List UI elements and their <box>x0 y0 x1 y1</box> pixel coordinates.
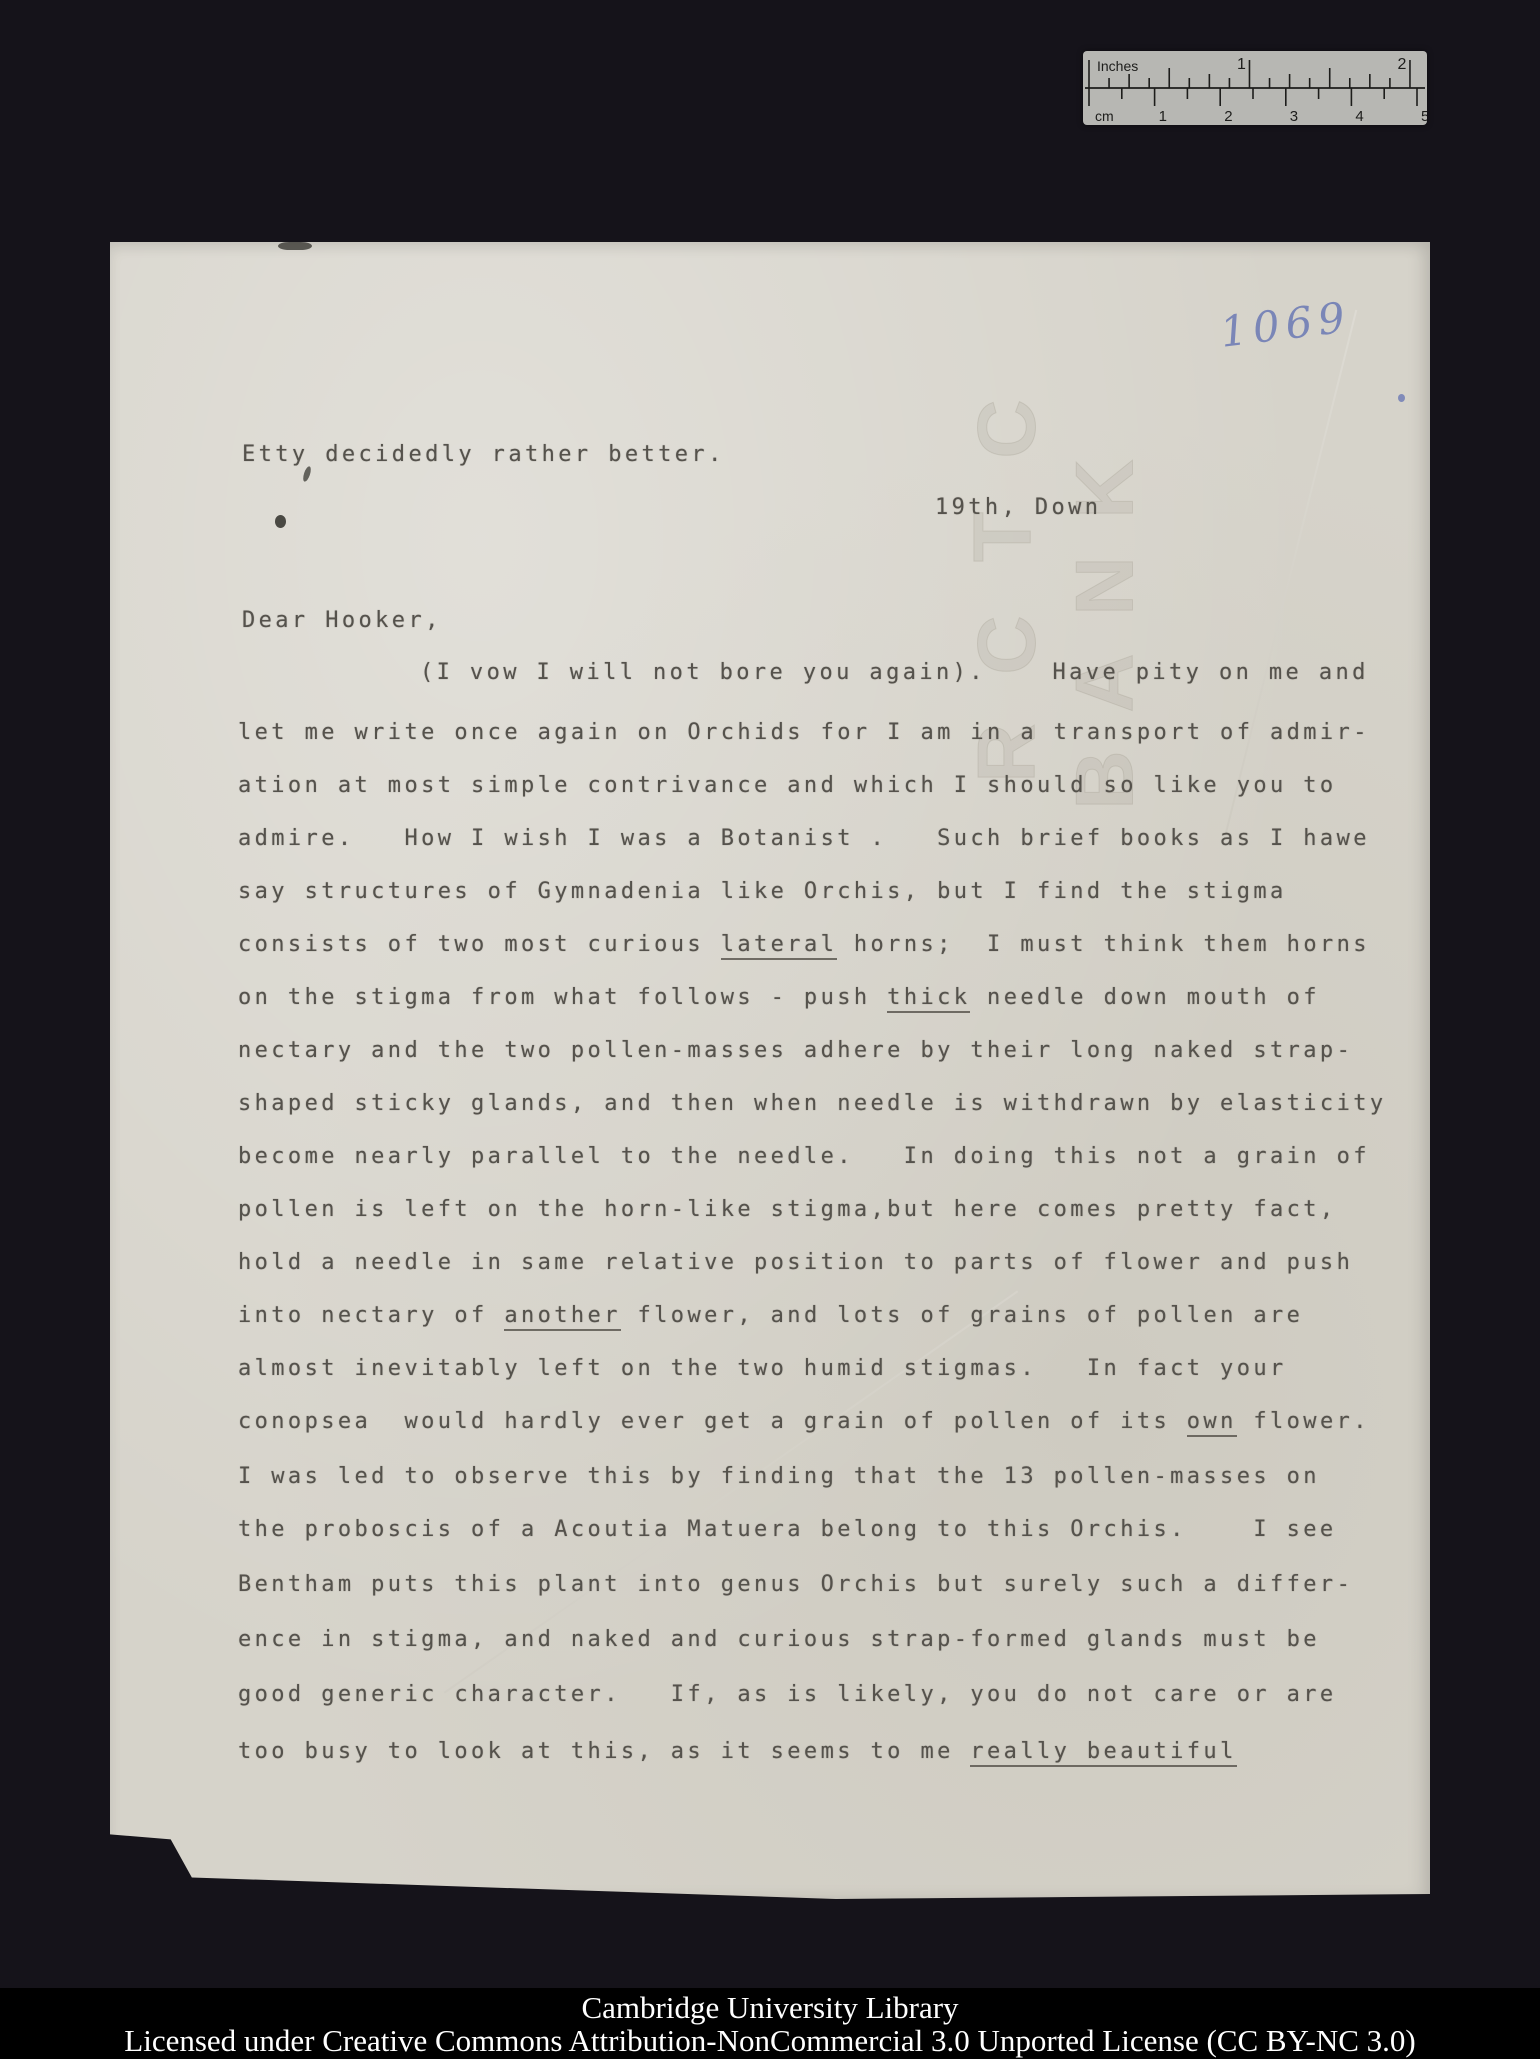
svg-text:2: 2 <box>1224 108 1232 125</box>
underlined-text: own <box>1187 1409 1237 1437</box>
letter-line: say structures of Gymnadenia like Orchis… <box>238 879 1287 904</box>
svg-text:4: 4 <box>1355 108 1363 125</box>
letter-line: conopsea would hardly ever get a grain o… <box>238 1409 1370 1434</box>
ink-speck <box>278 242 312 250</box>
typed-text: good generic character. If, as is likely… <box>238 1682 1337 1707</box>
letter-line: ation at most simple contrivance and whi… <box>238 773 1337 798</box>
license-caption: Cambridge University Library Licensed un… <box>0 1988 1540 2059</box>
svg-text:1: 1 <box>1237 56 1246 73</box>
letter-line: into nectary of another flower, and lots… <box>238 1303 1303 1328</box>
letter-line: good generic character. If, as is likely… <box>238 1682 1337 1707</box>
letter-line: I was led to observe this by finding tha… <box>238 1464 1320 1489</box>
typed-text: flower, and lots of grains of pollen are <box>621 1303 1303 1328</box>
letter-line: Bentham puts this plant into genus Orchi… <box>238 1572 1353 1597</box>
typed-text: shaped sticky glands, and then when need… <box>238 1091 1387 1116</box>
letter-line: let me write once again on Orchids for I… <box>238 720 1370 745</box>
typed-text: almost inevitably left on the two humid … <box>238 1356 1287 1381</box>
letter-line: Dear Hooker, <box>242 608 442 633</box>
underlined-text: really beautiful <box>970 1739 1236 1767</box>
typed-text: Etty decidedly rather better. <box>242 442 725 467</box>
svg-text:cm: cm <box>1095 108 1114 124</box>
typed-text: nectary and the two pollen-masses adhere… <box>238 1038 1353 1063</box>
typed-text: too busy to look at this, as it seems to… <box>238 1739 970 1764</box>
ink-speck <box>275 515 286 528</box>
letter-line: become nearly parallel to the needle. In… <box>238 1144 1370 1169</box>
svg-text:3: 3 <box>1290 108 1298 125</box>
typed-text: the proboscis of a Acoutia Matuera belon… <box>238 1517 1337 1542</box>
typed-text: (I vow I will not bore you again). Have … <box>420 660 1369 685</box>
underlined-text: another <box>504 1303 621 1331</box>
typed-text: needle down mouth of <box>970 985 1320 1010</box>
letter-line: Etty decidedly rather better. <box>242 442 725 467</box>
typed-text: ence in stigma, and naked and curious st… <box>238 1627 1320 1652</box>
letter-line: shaped sticky glands, and then when need… <box>238 1091 1387 1116</box>
letter-body: Etty decidedly rather better.19th, DownD… <box>110 242 1430 1899</box>
typed-text: say structures of Gymnadenia like Orchis… <box>238 879 1287 904</box>
typed-text: 19th, Down <box>935 495 1101 520</box>
letter-line: (I vow I will not bore you again). Have … <box>420 660 1369 685</box>
underlined-text: lateral <box>721 932 838 960</box>
letter-line: consists of two most curious lateral hor… <box>238 932 1370 957</box>
typed-text: hold a needle in same relative position … <box>238 1250 1353 1275</box>
license-text: Licensed under Creative Commons Attribut… <box>124 2024 1415 2057</box>
letter-line: admire. How I wish I was a Botanist . Su… <box>238 826 1370 851</box>
letter-line: hold a needle in same relative position … <box>238 1250 1353 1275</box>
scanned-letter-photograph: 12Inches12345cm CTCRKNAB 1069 Etty decid… <box>0 0 1540 2059</box>
letter-line: the proboscis of a Acoutia Matuera belon… <box>238 1517 1337 1542</box>
typed-text: let me write once again on Orchids for I… <box>238 720 1370 745</box>
typed-text: flower. <box>1237 1409 1370 1434</box>
library-name: Cambridge University Library <box>581 1991 958 2024</box>
typed-text: Dear Hooker, <box>242 608 442 633</box>
typed-text: conopsea would hardly ever get a grain o… <box>238 1409 1187 1434</box>
typed-text: pollen is left on the horn-like stigma,b… <box>238 1197 1337 1222</box>
typed-text: ation at most simple contrivance and whi… <box>238 773 1337 798</box>
typed-text: become nearly parallel to the needle. In… <box>238 1144 1370 1169</box>
typed-text: on the stigma from what follows - push <box>238 985 887 1010</box>
letter-page: CTCRKNAB 1069 Etty decidedly rather bett… <box>110 242 1430 1899</box>
letter-line: ence in stigma, and naked and curious st… <box>238 1627 1320 1652</box>
typed-text: into nectary of <box>238 1303 504 1328</box>
letter-line: too busy to look at this, as it seems to… <box>238 1739 1237 1764</box>
svg-text:Inches: Inches <box>1097 58 1138 74</box>
letter-line: 19th, Down <box>935 495 1101 520</box>
svg-text:1: 1 <box>1159 108 1167 125</box>
typed-text: consists of two most curious <box>238 932 721 957</box>
svg-text:2: 2 <box>1398 56 1407 73</box>
typed-text: I was led to observe this by finding tha… <box>238 1464 1320 1489</box>
letter-line: nectary and the two pollen-masses adhere… <box>238 1038 1353 1063</box>
letter-line: pollen is left on the horn-like stigma,b… <box>238 1197 1337 1222</box>
typed-text: admire. How I wish I was a Botanist . Su… <box>238 826 1370 851</box>
underlined-text: thick <box>887 985 970 1013</box>
typed-text: Bentham puts this plant into genus Orchi… <box>238 1572 1353 1597</box>
ruler: 12Inches12345cm <box>1083 51 1427 125</box>
ruler-scale-graphic: 12Inches12345cm <box>1083 51 1427 125</box>
letter-line: almost inevitably left on the two humid … <box>238 1356 1287 1381</box>
svg-text:5: 5 <box>1421 108 1427 125</box>
letter-line: on the stigma from what follows - push t… <box>238 985 1320 1010</box>
typed-text: horns; I must think them horns <box>837 932 1370 957</box>
